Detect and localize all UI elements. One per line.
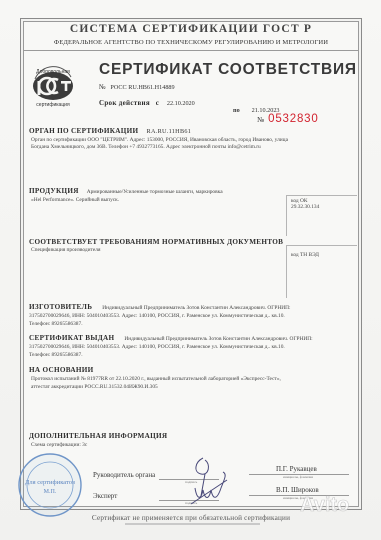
header-divider xyxy=(24,50,358,51)
handwritten-signature-icon xyxy=(181,444,241,514)
serial-number: № 0532830 xyxy=(257,109,319,127)
svg-text:М.П.: М.П. xyxy=(44,489,57,495)
valid-from-date: 22.10.2020 xyxy=(167,100,195,107)
compliance-text: Спецификация производителя xyxy=(31,247,100,253)
basis-text: Протокол испытаний № 81977RR от 22.10.20… xyxy=(31,376,356,391)
certificate-number: № РОСС RU.НВ61.Н14889 xyxy=(99,83,175,91)
rst-logo-icon: Добровольная сертификация xyxy=(27,59,79,111)
certification-scheme: Схема сертификации: 3с xyxy=(31,442,87,448)
head-name: П.Г. Рукавцев xyxy=(276,465,317,473)
manufacturer-section: ИЗГОТОВИТЕЛЬ Индивидуальный Предпринимат… xyxy=(29,301,354,328)
basis-label: НА ОСНОВАНИИ xyxy=(29,366,94,374)
issued-to-section: СЕРТИФИКАТ ВЫДАН Индивидуальный Предприн… xyxy=(29,332,354,359)
stamp-icon: Для сертификатов М.П. xyxy=(17,452,83,518)
compliance-label: СООТВЕТСТВУЕТ ТРЕБОВАНИЯМ НОРМАТИВНЫХ ДО… xyxy=(29,238,283,246)
expert-name: В.П. Широков xyxy=(276,486,319,494)
tn-ved-box: код ТН ВЭД xyxy=(286,245,357,298)
system-title: СИСТЕМА СЕРТИФИКАЦИИ ГОСТ Р xyxy=(21,23,361,35)
cert-body-code: RA.RU.11НВ61 xyxy=(147,128,192,135)
head-label: Руководитель органа xyxy=(93,471,155,479)
svg-text:сертификация: сертификация xyxy=(36,102,70,108)
certificate-title: СЕРТИФИКАТ СООТВЕТСТВИЯ xyxy=(99,61,357,79)
expert-label: Эксперт xyxy=(93,492,117,500)
ok-code-value: 29.32.30.134 xyxy=(291,204,357,210)
product-section: ПРОДУКЦИЯ Армированные/Усиленные тормозн… xyxy=(29,185,284,204)
svg-text:Добровольная: Добровольная xyxy=(36,69,70,75)
additional-info-label: ДОПОЛНИТЕЛЬНАЯ ИНФОРМАЦИЯ xyxy=(29,432,167,440)
svg-text:Для сертификатов: Для сертификатов xyxy=(25,479,75,486)
agency-title: ФЕДЕРАЛЬНОЕ АГЕНТСТВО ПО ТЕХНИЧЕСКОМУ РЕ… xyxy=(21,39,361,46)
certificate-page: СИСТЕМА СЕРТИФИКАЦИИ ГОСТ Р ФЕДЕРАЛЬНОЕ … xyxy=(0,0,381,540)
ok-code-box: код ОК 29.32.30.134 xyxy=(286,195,357,236)
certificate-frame: СИСТЕМА СЕРТИФИКАЦИИ ГОСТ Р ФЕДЕРАЛЬНОЕ … xyxy=(20,18,362,510)
cert-body-details: Орган по сертификации ООО "ЦЕТРИМ". Адре… xyxy=(31,137,356,151)
validity-period: Срок действия с 22.10.2020 xyxy=(99,99,195,107)
cert-body-label: ОРГАН ПО СЕРТИФИКАЦИИ RA.RU.11НВ61 xyxy=(29,127,191,135)
printer-imprint xyxy=(125,523,260,525)
avito-watermark: Avito xyxy=(300,494,349,517)
